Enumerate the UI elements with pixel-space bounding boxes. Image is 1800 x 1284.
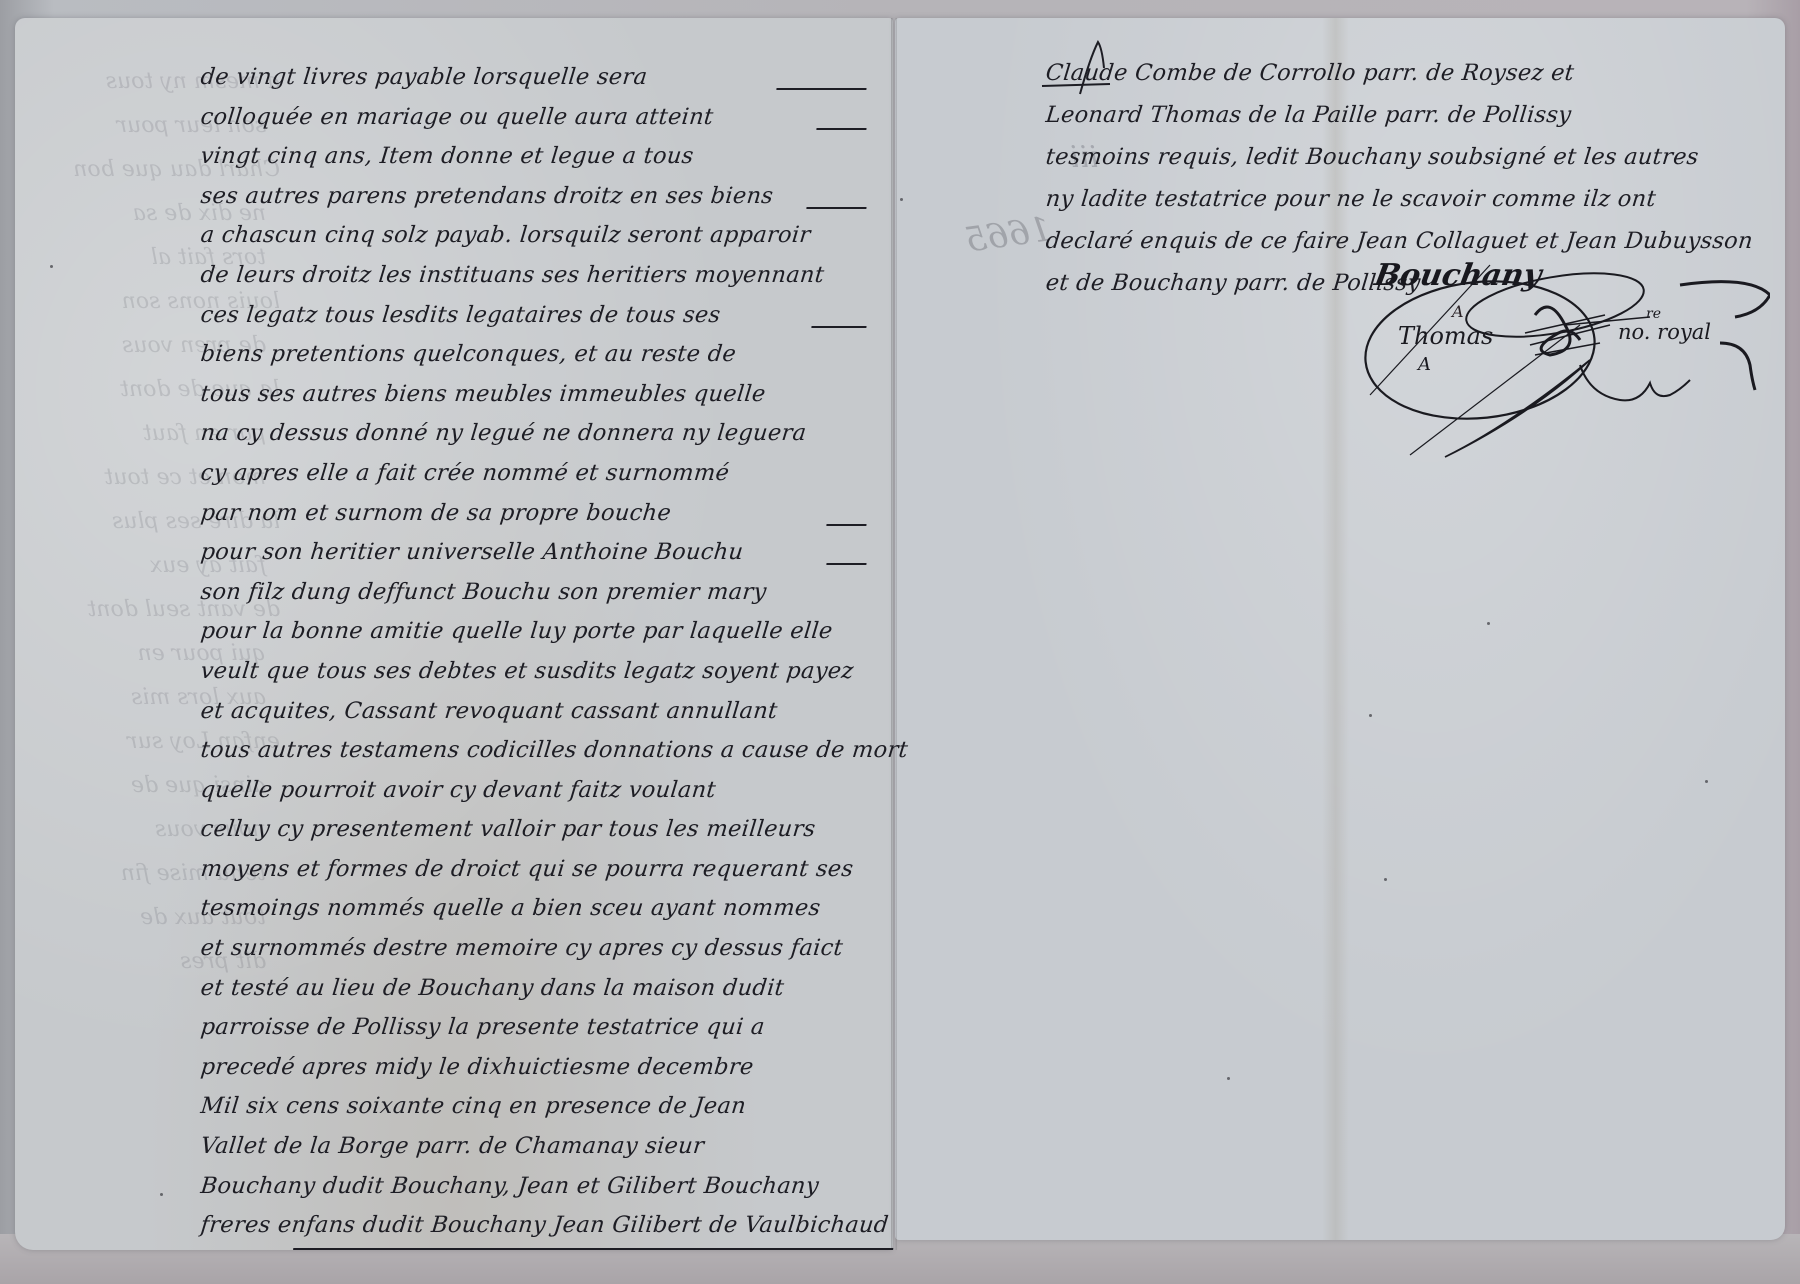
notary-mark-upper: A <box>1452 302 1464 321</box>
manuscript-line: cy apres elle a fait crée nommé et surno… <box>198 460 887 500</box>
manuscript-line: vingt cinq ans, Item donne et legue a to… <box>198 143 887 183</box>
manuscript-line: Vallet de la Borge parr. de Chamanay sie… <box>198 1133 887 1173</box>
manuscript-line: tesmoings nommés quelle a bien sceu ayan… <box>198 895 887 935</box>
notarial-paraph-flourish <box>1350 255 1770 485</box>
manuscript-line: tous ses autres biens meubles immeubles … <box>198 381 887 421</box>
line-filler-stroke <box>806 207 866 209</box>
manuscript-line: a chascun cinq solz payab. lorsquilz ser… <box>198 222 887 262</box>
manuscript-line: et testé au lieu de Bouchany dans la mai… <box>198 975 887 1015</box>
manuscript-line: ces legatz tous lesdits legataires de to… <box>198 302 887 342</box>
paper-speck <box>900 198 903 201</box>
paper-speck <box>1487 622 1490 625</box>
manuscript-line: pour la bonne amitie quelle luy porte pa… <box>198 618 887 658</box>
notary-title: no. royal <box>1618 320 1711 344</box>
manuscript-line: ses autres parens pretendans droitz en s… <box>198 183 887 223</box>
paper-speck <box>1369 714 1372 717</box>
left-page-text: de vingt livres payable lorsquelle sera … <box>200 64 900 1252</box>
notary-mark-lower: A <box>1418 354 1431 375</box>
manuscript-line: de vingt livres payable lorsquelle sera <box>198 64 887 104</box>
manuscript-line: et surnommés destre memoire cy apres cy … <box>198 935 887 975</box>
line-filler-stroke <box>776 88 866 90</box>
manuscript-line: tous autres testamens codicilles donnati… <box>198 737 887 777</box>
manuscript-line: precedé apres midy le dixhuictiesme dece… <box>198 1054 887 1094</box>
paper-speck <box>160 1193 163 1196</box>
manuscript-line: de leurs droitz les instituans ses herit… <box>198 262 887 302</box>
manuscript-line: ny ladite testatrice pour ne le scavoir … <box>1043 186 1777 228</box>
manuscript-line: Leonard Thomas de la Paille parr. de Pol… <box>1043 102 1777 144</box>
manuscript-line: freres enfans dudit Bouchany Jean Gilibe… <box>198 1212 887 1252</box>
paper-speck <box>1705 780 1708 783</box>
manuscript-line: Bouchany dudit Bouchany, Jean et Giliber… <box>198 1173 887 1213</box>
paper-speck <box>1384 878 1387 881</box>
manuscript-line: Claude Combe de Corrollo parr. de Roysez… <box>1043 60 1777 102</box>
manuscript-line: quelle pourroit avoir cy devant faitz vo… <box>198 777 887 817</box>
line-filler-stroke <box>811 326 866 328</box>
manuscript-line: veult que tous ses debtes et susdits leg… <box>198 658 887 698</box>
line-filler-stroke <box>826 524 866 526</box>
manuscript-line: par nom et surnom de sa propre bouche <box>198 500 887 540</box>
manuscript-line: tesmoins requis, ledit Bouchany soubsign… <box>1043 144 1777 186</box>
line-filler-stroke <box>816 128 866 130</box>
manuscript-line: colloquée en mariage ou quelle aura atte… <box>198 104 887 144</box>
manuscript-line: celluy cy presentement valloir par tous … <box>198 816 887 856</box>
manuscript-line: Mil six cens soixante cinq en presence d… <box>198 1093 887 1133</box>
line-filler-stroke <box>826 563 866 565</box>
manuscript-line: biens pretentions quelconques, et au res… <box>198 341 887 381</box>
paper-speck <box>50 265 53 268</box>
closing-rule-stroke <box>293 1248 893 1250</box>
paper-speck <box>1227 1077 1230 1080</box>
manuscript-line: parroisse de Pollissy la presente testat… <box>198 1014 887 1054</box>
manuscript-line: na cy dessus donné ny legué ne donnera n… <box>198 420 887 460</box>
manuscript-line: pour son heritier universelle Anthoine B… <box>198 539 887 579</box>
manuscript-line: son filz dung deffunct Bouchu son premie… <box>198 579 887 619</box>
manuscript-line: moyens et formes de droict qui se pourra… <box>198 856 887 896</box>
initial-lead-in-stroke <box>1040 38 1120 98</box>
manuscript-line: et acquites, Cassant revoquant cassant a… <box>198 698 887 738</box>
notary-signature-name: Thomas <box>1398 322 1493 350</box>
